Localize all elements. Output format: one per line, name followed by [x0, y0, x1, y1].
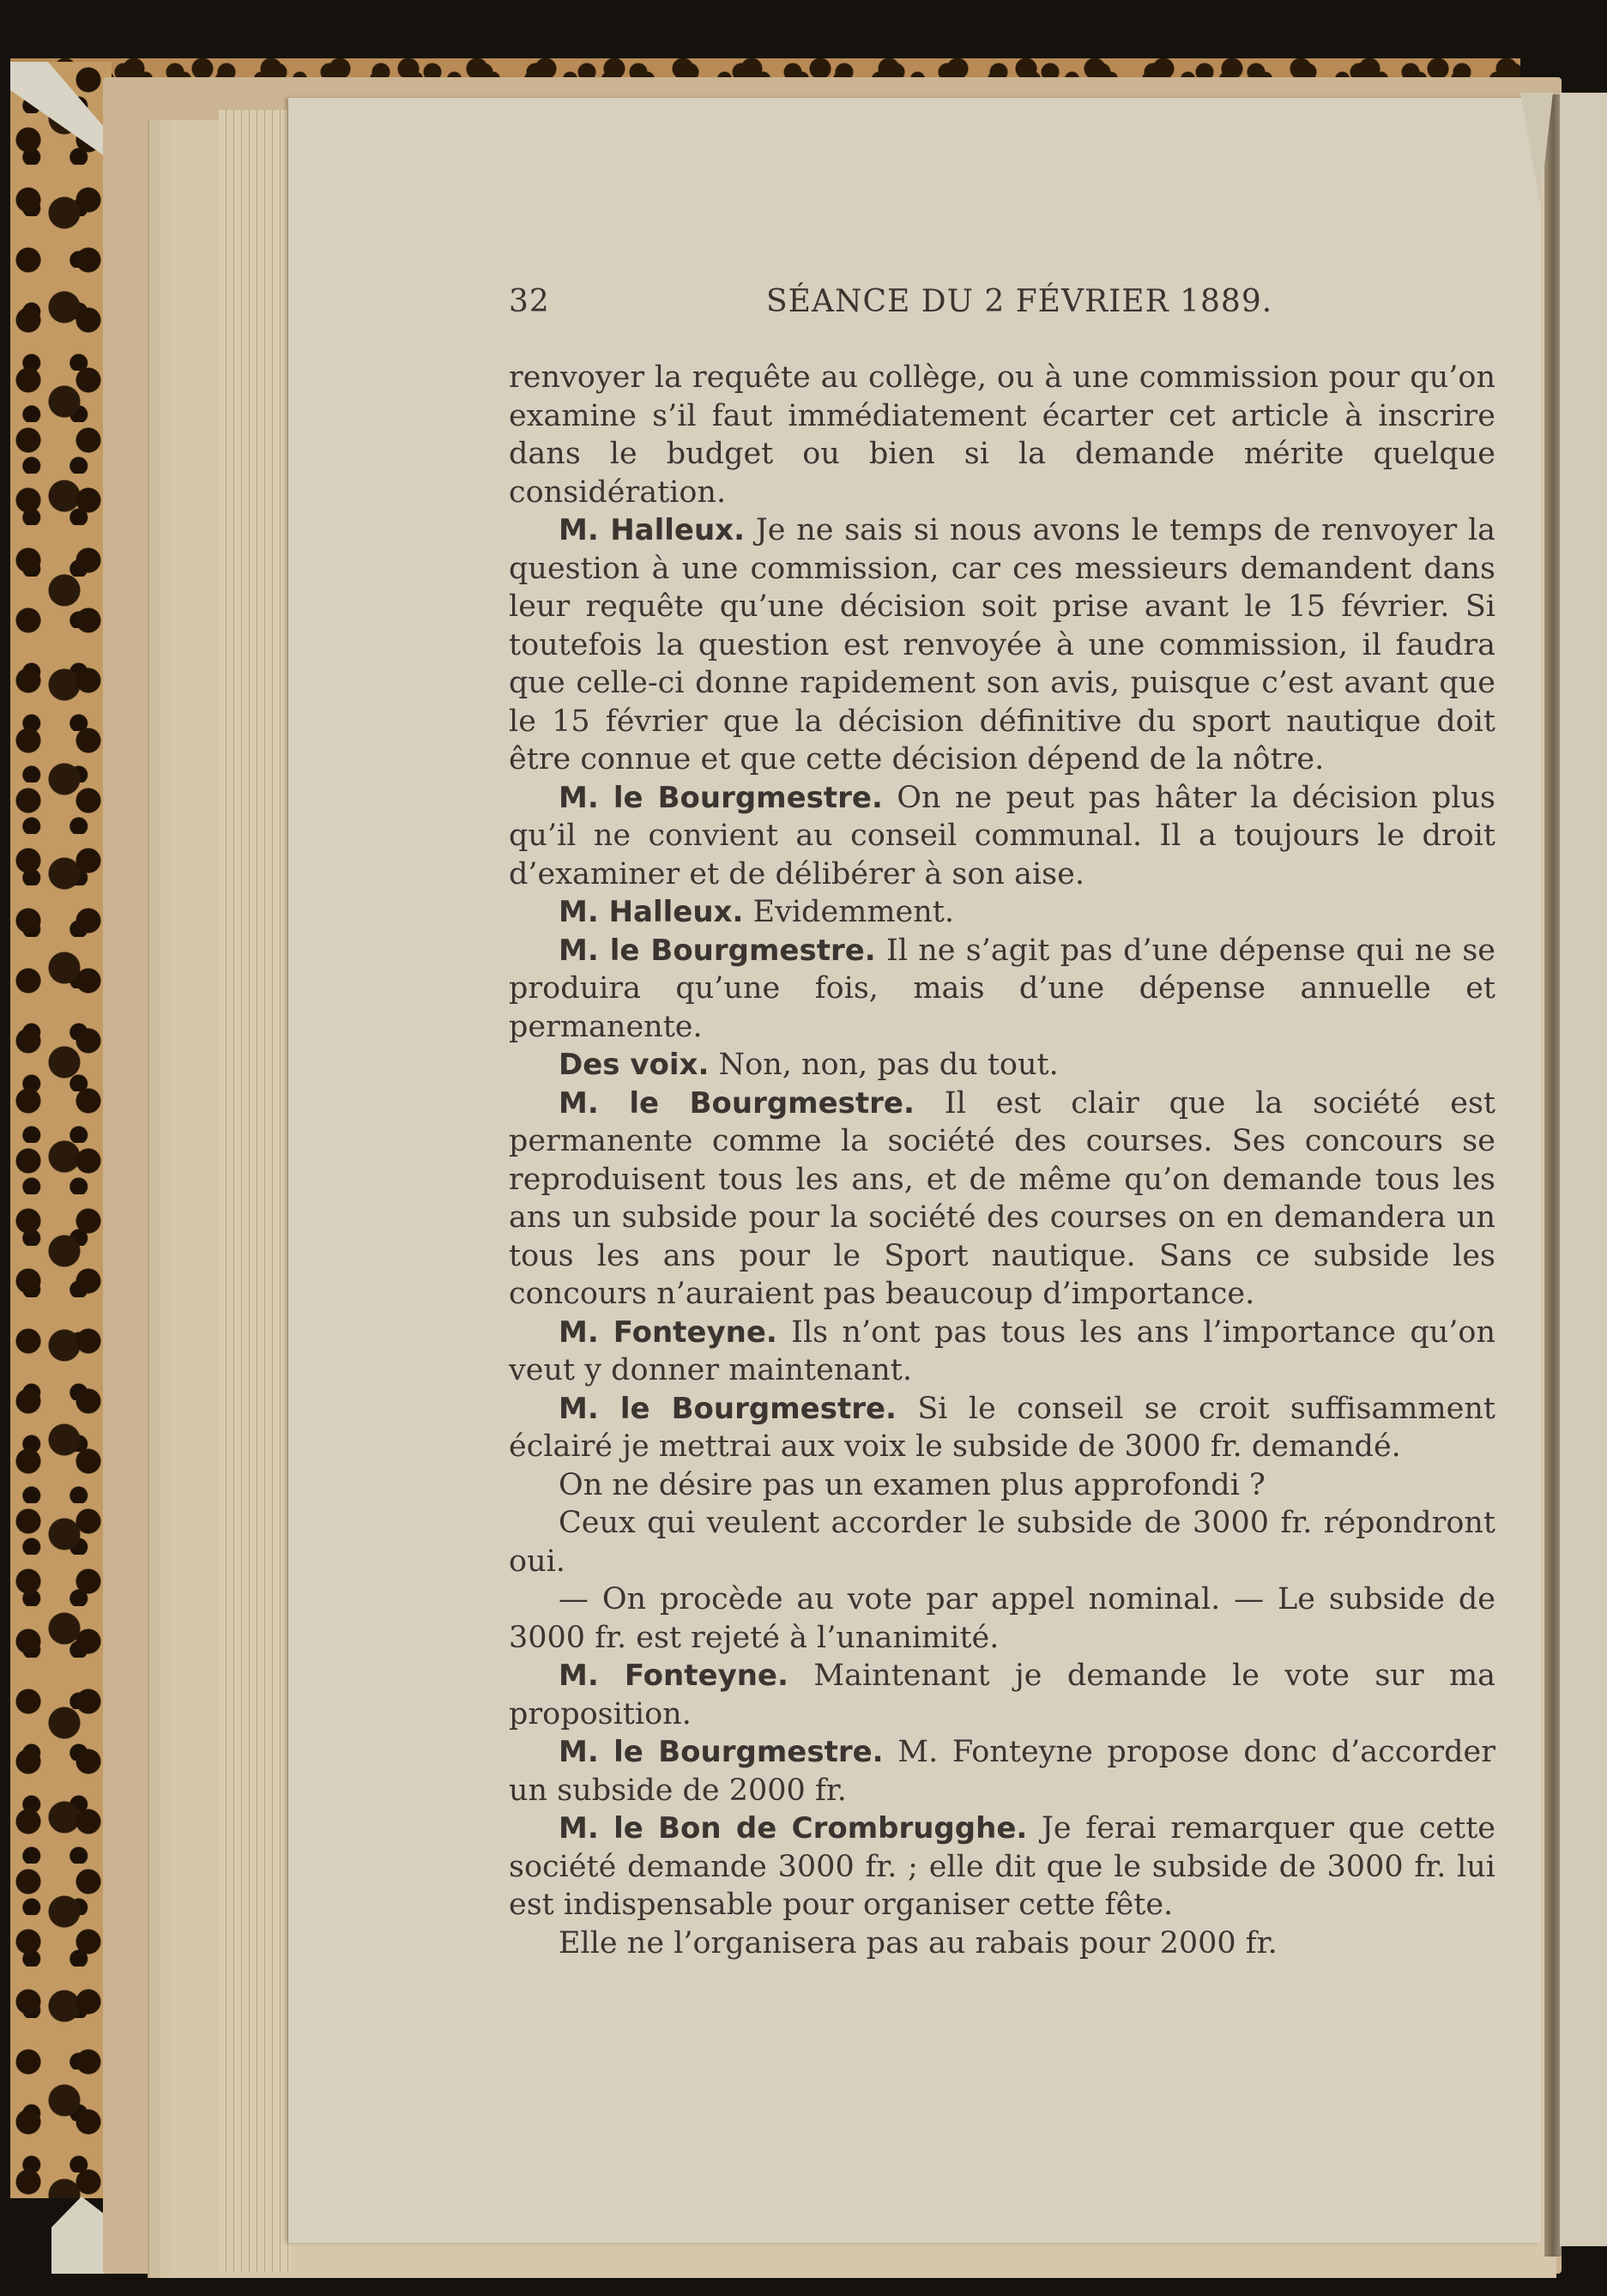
paragraph: renvoyer la requête au collège, ou à une… [509, 359, 1495, 511]
facing-page-edge [1560, 93, 1607, 2246]
paragraph-text: On ne désire pas un examen plus approfon… [559, 1468, 1266, 1502]
speaker-name: M. le Bourgmestre. [559, 1392, 897, 1426]
paragraph: M. le Bourgmestre. Il est clair que la s… [509, 1085, 1495, 1314]
running-head: 32 SÉANCE DU 2 FÉVRIER 1889. [509, 283, 1495, 343]
speaker-name: Des voix. [559, 1048, 709, 1082]
book-gutter [1544, 94, 1562, 2257]
paragraph: M. le Bourgmestre. Si le conseil se croi… [509, 1390, 1495, 1466]
paragraph: M. Fonteyne. Ils n’ont pas tous les ans … [509, 1314, 1495, 1390]
paragraph: M. Halleux. Evidemment. [509, 893, 1495, 932]
speaker-name: M. Halleux. [559, 895, 743, 929]
speaker-name: M. Fonteyne. [559, 1659, 788, 1693]
paragraph-text: Non, non, pas du tout. [709, 1048, 1058, 1082]
paragraph: Ceux qui veulent accorder le subside de … [509, 1504, 1495, 1580]
paragraph-text: renvoyer la requête au collège, ou à une… [509, 360, 1495, 510]
paragraph: M. le Bourgmestre. Il ne s’agit pas d’un… [509, 932, 1495, 1047]
speaker-name: M. le Bourgmestre. [559, 1086, 915, 1121]
paragraph-text: Ceux qui veulent accorder le subside de … [509, 1506, 1495, 1579]
page-text-block: 32 SÉANCE DU 2 FÉVRIER 1889. renvoyer la… [509, 283, 1495, 1962]
speaker-name: M. le Bourgmestre. [559, 1735, 884, 1769]
paragraph: On ne désire pas un examen plus approfon… [509, 1466, 1495, 1505]
speaker-name: M. Halleux. [559, 513, 745, 547]
marbled-book-cover [10, 62, 112, 2198]
paragraph: Elle ne l’organisera pas au rabais pour … [509, 1924, 1495, 1963]
paragraph: M. Fonteyne. Maintenant je demande le vo… [509, 1657, 1495, 1733]
page-number: 32 [509, 283, 766, 322]
speaker-name: M. Fonteyne. [559, 1315, 777, 1350]
paragraph: M. le Bourgmestre. M. Fonteyne propose d… [509, 1733, 1495, 1810]
paragraph-text: Evidemment. [743, 895, 954, 929]
paragraph: Des voix. Non, non, pas du tout. [509, 1046, 1495, 1085]
paragraph: M. le Bourgmestre. On ne peut pas hâter … [509, 779, 1495, 894]
paragraph-text: Elle ne l’organisera pas au rabais pour … [559, 1926, 1278, 1961]
paragraph: M. Halleux. Je ne sais si nous avons le … [509, 511, 1495, 779]
page-edges [219, 110, 292, 2272]
speaker-name: M. le Bourgmestre. [559, 934, 876, 968]
speaker-name: M. le Bourgmestre. [559, 781, 883, 815]
running-title: SÉANCE DU 2 FÉVRIER 1889. [766, 283, 1272, 322]
paragraph: M. le Bon de Crombrugghe. Je ferai remar… [509, 1810, 1495, 1924]
speaker-name: M. le Bon de Crombrugghe. [559, 1811, 1027, 1846]
paragraph: — On procède au vote par appel nominal. … [509, 1580, 1495, 1657]
paragraph-text: — On procède au vote par appel nominal. … [509, 1582, 1495, 1655]
paragraph-text: Je ne sais si nous avons le temps de ren… [509, 513, 1495, 776]
